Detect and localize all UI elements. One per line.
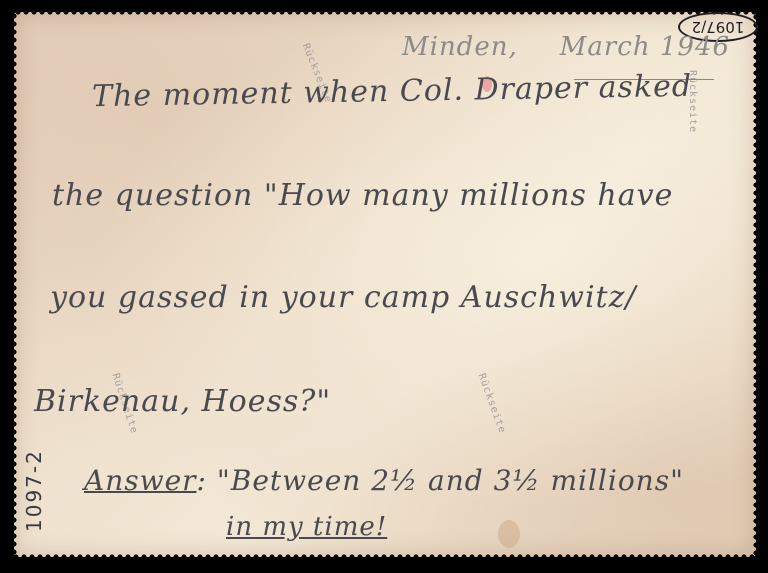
stamp-mark: Rückseite [476,372,508,435]
answer-continuation: in my time! [226,512,387,542]
answer-line: Answer: "Between 2½ and 3½ millions" [84,464,684,497]
handwritten-line: The moment when Col. Draper asked [92,69,693,114]
answer-label: Answer [84,464,197,497]
answer-text: : "Between 2½ and 3½ millions" [197,464,684,497]
deckle-edge-left [14,12,18,557]
place: Minden, [402,32,518,62]
handwritten-line: you gassed in your camp Auschwitz/ [50,280,637,315]
paper-stain [498,520,520,548]
deckle-edge-right [752,12,756,557]
handwritten-line: Birkenau, Hoess?" [34,384,331,419]
side-reference-number: 1097-2 [22,449,46,532]
place-date: Minden,March 1946 [402,32,730,62]
handwritten-line: the question "How many millions have [52,178,673,213]
photo-reverse-card: 1097/2 Minden,March 1946 Rückseite Rücks… [14,12,756,557]
date: March 1946 [560,32,730,62]
